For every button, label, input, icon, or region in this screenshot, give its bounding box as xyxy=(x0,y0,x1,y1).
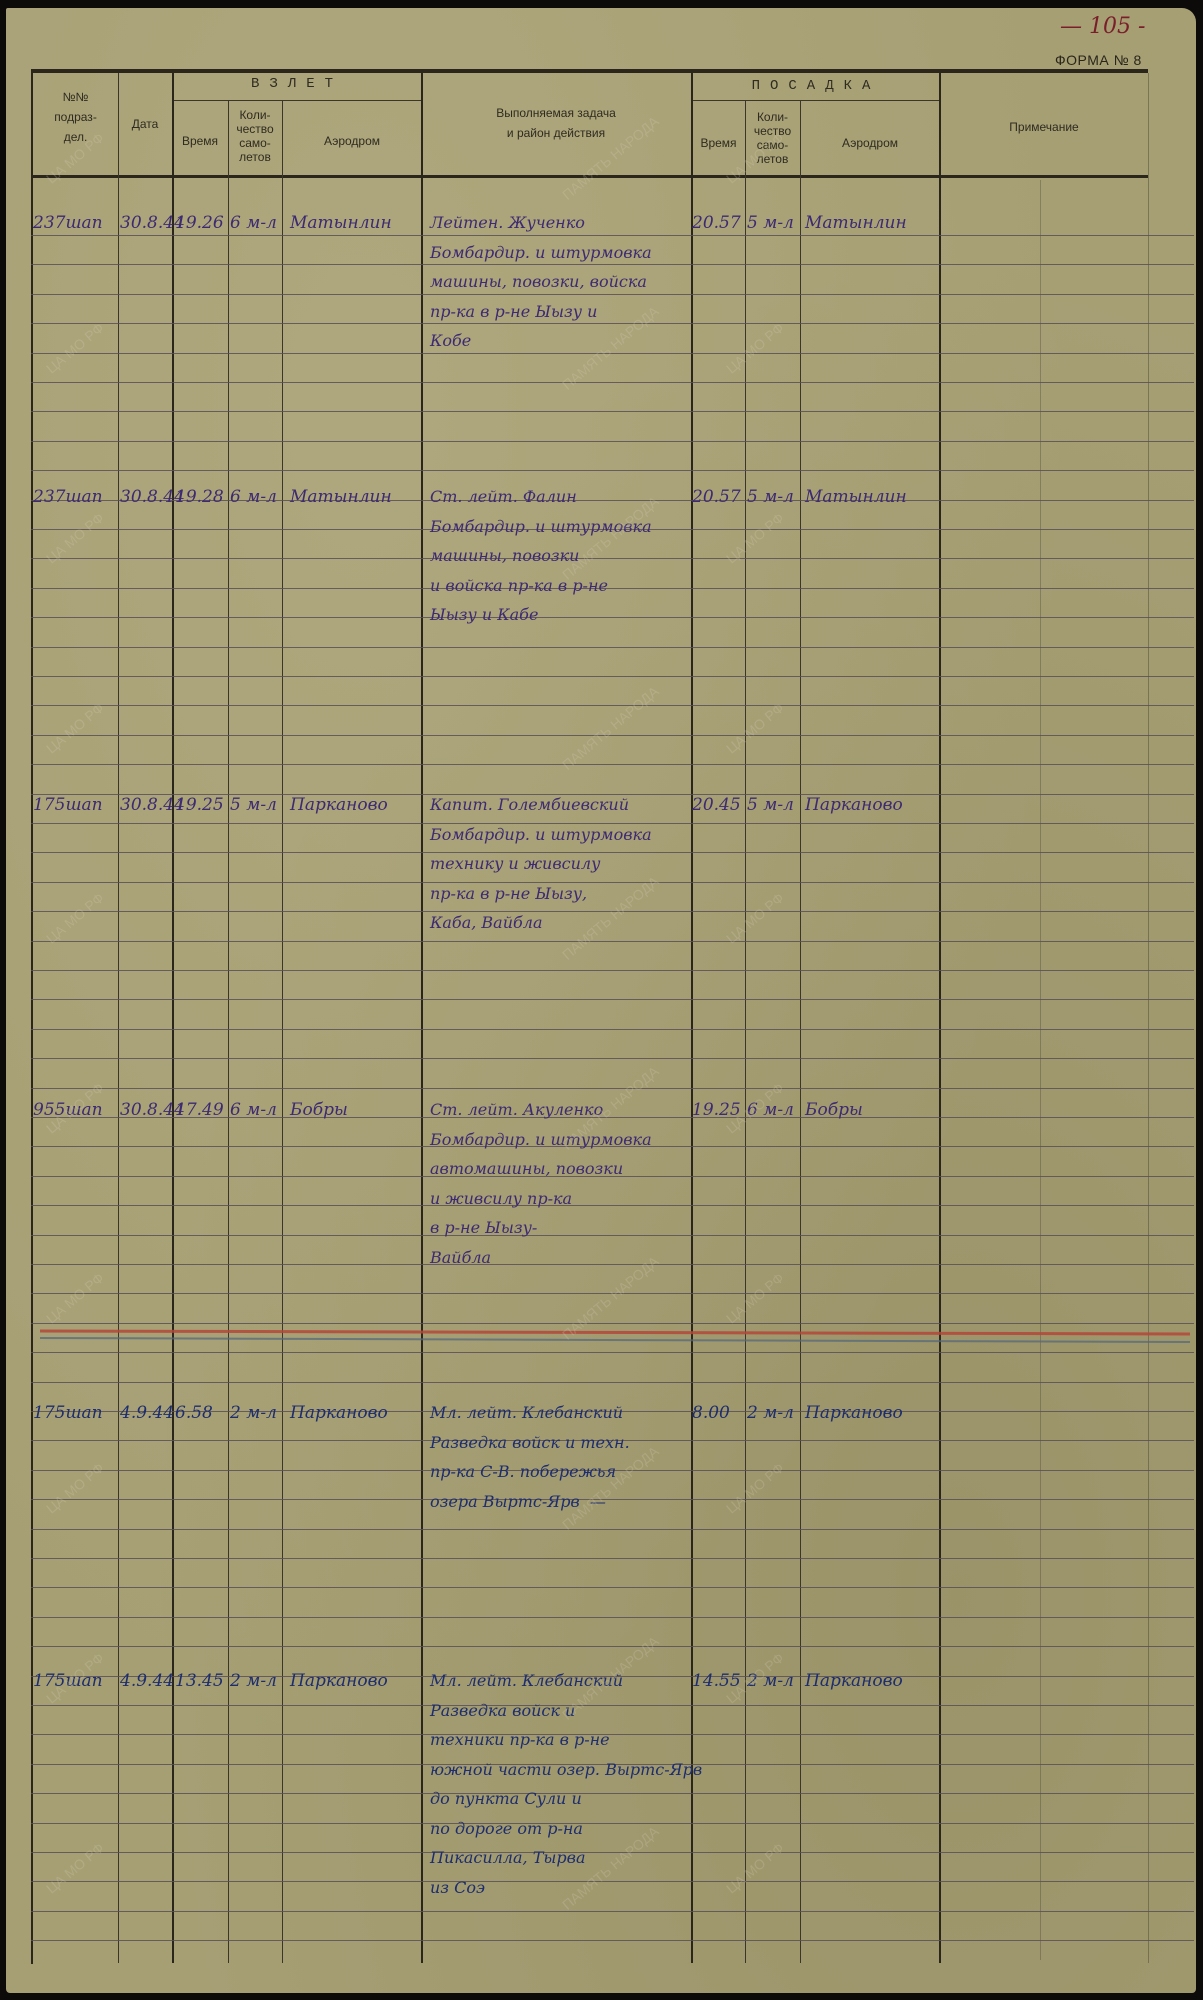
cell-takeoff-count: 6 м-л xyxy=(230,487,277,507)
header-count-line: летов xyxy=(745,152,800,166)
rule-line xyxy=(31,1940,1194,1941)
cell-task: Мл. лейт. Клебанский Разведка войск и те… xyxy=(430,1666,702,1902)
cell-task: Мл. лейт. Клебанский Разведка войск и те… xyxy=(430,1398,630,1516)
cell-takeoff-count: 2 м-л xyxy=(230,1671,277,1691)
cell-takeoff-airfield: Матынлин xyxy=(290,487,392,507)
rule-line xyxy=(31,1293,1194,1294)
header-count-line: само- xyxy=(745,138,800,152)
cell-landing-count: 5 м-л xyxy=(747,487,794,507)
cell-landing-time: 8.00 xyxy=(692,1403,730,1423)
header-landing-time: Время xyxy=(692,136,745,150)
header-date: Дата xyxy=(118,117,172,131)
cell-landing-airfield: Матынлин xyxy=(805,487,907,507)
header-landing-count: Коли- чество само- летов xyxy=(745,110,800,166)
cell-task: Ст. лейт. Акуленко Бомбардир. и штурмовк… xyxy=(430,1095,652,1272)
header-unit-no-line: №№ xyxy=(33,90,118,104)
col-divider xyxy=(800,100,801,1963)
header-top-border xyxy=(31,69,1148,73)
header-unit-no: №№ подраз- дел. xyxy=(33,90,118,144)
rule-line xyxy=(31,382,1194,383)
rule-line xyxy=(31,764,1194,765)
cell-landing-time: 20.57 xyxy=(692,213,741,233)
header-landing-group: ПОСАДКА xyxy=(692,78,940,94)
cell-landing-count: 6 м-л xyxy=(747,1100,794,1120)
cell-landing-count: 5 м-л xyxy=(747,795,794,815)
col-divider xyxy=(282,100,283,1963)
cell-takeoff-time: 17.49 xyxy=(175,1100,224,1120)
col-divider xyxy=(421,73,423,1963)
cell-takeoff-time: 19.28 xyxy=(175,487,224,507)
col-divider xyxy=(228,100,229,1963)
cell-landing-airfield: Парканово xyxy=(805,1671,903,1691)
cell-landing-airfield: Парканово xyxy=(805,1403,903,1423)
cell-takeoff-airfield: Бобры xyxy=(290,1100,348,1120)
cell-takeoff-airfield: Парканово xyxy=(290,1403,388,1423)
header-unit-no-line: дел. xyxy=(33,130,118,144)
cell-takeoff-time: 13.45 xyxy=(175,1671,224,1691)
rule-line xyxy=(31,441,1194,442)
header-unit-no-line: подраз- xyxy=(33,110,118,124)
rule-line xyxy=(31,411,1194,412)
header-count-line: само- xyxy=(228,136,282,150)
header-count-line: летов xyxy=(228,150,282,164)
rule-line xyxy=(31,1529,1194,1530)
cell-landing-time: 19.25 xyxy=(692,1100,741,1120)
rule-line xyxy=(31,1323,1194,1324)
header-bottom-border xyxy=(31,175,1148,178)
rule-line xyxy=(31,1352,1194,1353)
header-count-line: Коли- xyxy=(228,108,282,122)
cell-landing-count: 2 м-л xyxy=(747,1403,794,1423)
form-label: ФОРМА № 8 xyxy=(1055,52,1142,68)
rule-line xyxy=(31,1646,1194,1647)
rule-line xyxy=(31,941,1194,942)
cell-takeoff-airfield: Матынлин xyxy=(290,213,392,233)
rule-line xyxy=(31,1587,1194,1588)
header-task-line: и район действия xyxy=(421,126,691,140)
cell-task: Лейтен. Жученко Бомбардир. и штурмовка м… xyxy=(430,208,652,356)
rule-line xyxy=(31,1382,1194,1383)
cell-landing-time: 20.45 xyxy=(692,795,741,815)
rule-line xyxy=(31,676,1194,677)
rule-line xyxy=(31,735,1194,736)
header-count-line: Коли- xyxy=(745,110,800,124)
header-task: Выполняемая задача и район действия xyxy=(421,106,691,140)
cell-landing-time: 20.57 xyxy=(692,487,741,507)
cell-unit: 955шап xyxy=(33,1100,103,1120)
cell-takeoff-time: 6.58 xyxy=(175,1403,213,1423)
header-count-line: чество xyxy=(228,122,282,136)
cell-takeoff-airfield: Парканово xyxy=(290,1671,388,1691)
header-takeoff-airfield: Аэродром xyxy=(282,134,422,148)
rule-line xyxy=(31,1911,1194,1912)
cell-unit: 175шап xyxy=(33,1403,103,1423)
cell-takeoff-time: 19.26 xyxy=(175,213,224,233)
header-takeoff-group: ВЗЛЕТ xyxy=(172,76,422,92)
cell-unit: 175шап xyxy=(33,1671,103,1691)
rule-line xyxy=(31,970,1194,971)
cell-unit: 237шап xyxy=(33,487,103,507)
cell-task: Капит. Голембиевский Бомбардир. и штурмо… xyxy=(430,790,652,938)
cell-landing-airfield: Бобры xyxy=(805,1100,863,1120)
rule-line xyxy=(31,1088,1194,1089)
header-remarks: Примечание xyxy=(940,120,1148,134)
cell-date: 4.9.44 xyxy=(120,1671,174,1691)
cell-takeoff-count: 2 м-л xyxy=(230,1403,277,1423)
rule-line xyxy=(31,705,1194,706)
header-takeoff-count: Коли- чество само- летов xyxy=(228,108,282,164)
cell-date: 4.9.44 xyxy=(120,1403,174,1423)
col-divider xyxy=(745,100,746,1963)
cell-task: Ст. лейт. Фалин Бомбардир. и штурмовка м… xyxy=(430,482,652,630)
cell-landing-airfield: Матынлин xyxy=(805,213,907,233)
rule-line xyxy=(31,1558,1194,1559)
cell-unit: 175шап xyxy=(33,795,103,815)
col-divider xyxy=(118,73,119,1963)
page-number: — 105 - xyxy=(1060,14,1145,39)
remarks-faint-divider xyxy=(1040,180,1041,1960)
right-border xyxy=(1148,73,1149,1963)
cell-takeoff-airfield: Парканово xyxy=(290,795,388,815)
rule-line xyxy=(31,1058,1194,1059)
cell-unit: 237шап xyxy=(33,213,103,233)
header-takeoff-time: Время xyxy=(172,134,228,148)
cell-landing-airfield: Парканово xyxy=(805,795,903,815)
header-landing-airfield: Аэродром xyxy=(800,136,940,150)
cell-takeoff-count: 6 м-л xyxy=(230,213,277,233)
takeoff-subheader-line xyxy=(172,100,422,101)
cell-takeoff-count: 6 м-л xyxy=(230,1100,277,1120)
rule-line xyxy=(31,1029,1194,1030)
landing-subheader-line xyxy=(692,100,940,101)
rule-line xyxy=(31,999,1194,1000)
cell-landing-count: 5 м-л xyxy=(747,213,794,233)
cell-takeoff-count: 5 м-л xyxy=(230,795,277,815)
cell-landing-count: 2 м-л xyxy=(747,1671,794,1691)
rule-line xyxy=(31,647,1194,648)
rule-line xyxy=(31,1617,1194,1618)
rule-line xyxy=(31,470,1194,471)
cell-takeoff-time: 19.25 xyxy=(175,795,224,815)
col-divider xyxy=(939,73,941,1963)
header-count-line: чество xyxy=(745,124,800,138)
header-task-line: Выполняемая задача xyxy=(421,106,691,120)
